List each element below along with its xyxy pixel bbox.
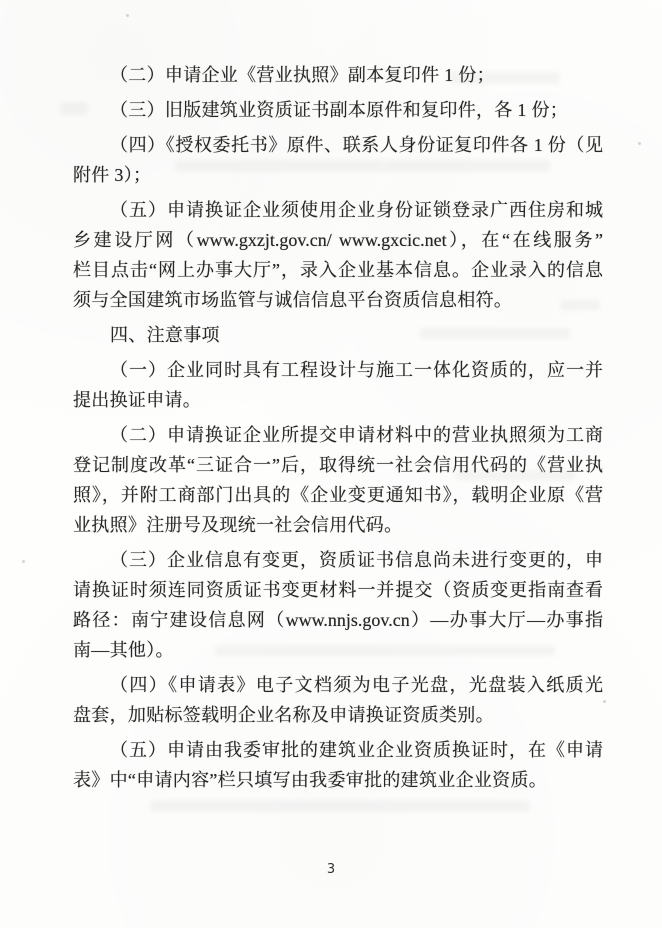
doc-line: （五）申请由我委审批的建筑业企业资质换证时，在《申请 — [73, 735, 603, 765]
doc-line: （四）《申请表》电子文档须为电子光盘，光盘装入纸质光 — [73, 670, 603, 700]
document-page: （二）申请企业《营业执照》副本复印件 1 份； （三）旧版建筑业资质证书副本原件… — [0, 0, 662, 928]
doc-line: 栏目点击“网上办事大厅”，录入企业基本信息。企业录入的信息 — [73, 255, 603, 285]
doc-line: 南—其他）。 — [73, 635, 603, 665]
doc-line: 照》，并附工商部门出具的《企业变更通知书》，载明企业原《营 — [73, 480, 603, 510]
scan-smudge — [150, 800, 530, 812]
doc-line: 业执照》注册号及现统一社会信用代码。 — [73, 510, 603, 540]
doc-line: （三）企业信息有变更，资质证书信息尚未进行变更的，申 — [73, 545, 603, 575]
document-body: （二）申请企业《营业执照》副本复印件 1 份； （三）旧版建筑业资质证书副本原件… — [73, 60, 603, 795]
doc-line: 路径：南宁建设信息网（www.nnjs.gov.cn）—办事大厅—办事指 — [73, 605, 603, 635]
doc-line: 附件 3）； — [73, 160, 603, 190]
page-number: 3 — [0, 862, 662, 877]
doc-line: 登记制度改革“三证合一”后，取得统一社会信用代码的《营业执 — [73, 450, 603, 480]
doc-line: （一）企业同时具有工程设计与施工一体化资质的，应一并 — [73, 355, 603, 385]
doc-line: 乡建设厅网（www.gxzjt.gov.cn/ www.gxcic.net），在… — [73, 225, 603, 255]
scan-dot — [638, 142, 641, 145]
scan-dot — [603, 700, 606, 703]
scan-dot — [22, 560, 25, 563]
doc-line: （二）申请企业《营业执照》副本复印件 1 份； — [73, 60, 603, 90]
doc-line: 提出换证申请。 — [73, 385, 603, 415]
doc-line: 请换证时须连同资质证书变更材料一并提交（资质变更指南查看 — [73, 575, 603, 605]
doc-line: 须与全国建筑市场监管与诚信信息平台资质信息相符。 — [73, 285, 603, 315]
doc-line: 表》中“申请内容”栏只填写由我委审批的建筑业企业资质。 — [73, 765, 603, 795]
doc-line: 盘套，加贴标签载明企业名称及申请换证资质类别。 — [73, 700, 603, 730]
doc-line: （三）旧版建筑业资质证书副本原件和复印件，各 1 份； — [73, 95, 603, 125]
scan-dot — [126, 14, 129, 17]
section-heading: 四、注意事项 — [73, 320, 603, 350]
doc-line: （五）申请换证企业须使用企业身份证锁登录广西住房和城 — [73, 195, 603, 225]
doc-line: （四）《授权委托书》原件、联系人身份证复印件各 1 份（见 — [73, 130, 603, 160]
doc-line: （二）申请换证企业所提交申请材料中的营业执照须为工商 — [73, 420, 603, 450]
